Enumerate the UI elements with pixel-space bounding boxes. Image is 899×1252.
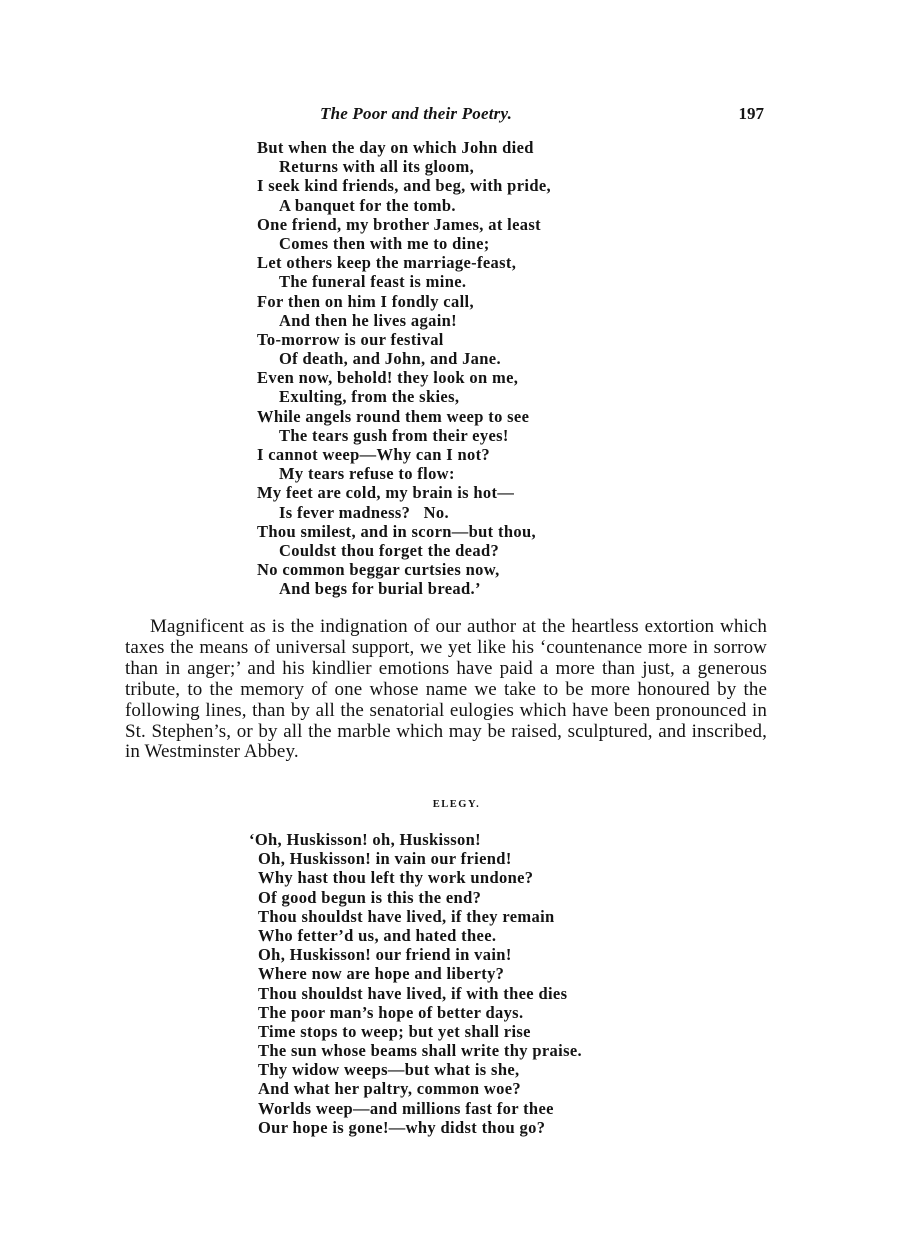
poem-line: No common beggar curtsies now,	[257, 560, 551, 579]
elegy-line: Thou shouldst have lived, if with thee d…	[258, 984, 582, 1003]
poem-line: A banquet for the tomb.	[257, 196, 551, 215]
elegy-line: Who fetter’d us, and hated thee.	[258, 926, 582, 945]
poem-line: Of death, and John, and Jane.	[257, 349, 551, 368]
elegy-line: Oh, Huskisson! our friend in vain!	[258, 945, 582, 964]
poem-line: Couldst thou forget the dead?	[257, 541, 551, 560]
poem-line: And then he lives again!	[257, 311, 551, 330]
elegy-line: Thou shouldst have lived, if they remain	[258, 907, 582, 926]
running-title: The Poor and their Poetry.	[320, 104, 512, 124]
poem-line: To-morrow is our festival	[257, 330, 551, 349]
elegy-line: Thy widow weeps—but what is she,	[258, 1060, 582, 1079]
elegy-line: Our hope is gone!—why didst thou go?	[258, 1118, 582, 1137]
elegy-line: And what her paltry, common woe?	[258, 1079, 582, 1098]
poem-one: But when the day on which John died Retu…	[257, 138, 551, 599]
poem-line: My tears refuse to flow:	[257, 464, 551, 483]
poem-line: While angels round them weep to see	[257, 407, 551, 426]
poem-line: The tears gush from their eyes!	[257, 426, 551, 445]
poem-line: Returns with all its gloom,	[257, 157, 551, 176]
poem-line: Exulting, from the skies,	[257, 387, 551, 406]
running-header: The Poor and their Poetry. 197	[250, 104, 770, 126]
poem-line: I cannot weep—Why can I not?	[257, 445, 551, 464]
poem-line: Comes then with me to dine;	[257, 234, 551, 253]
commentary-paragraph: Magnificent as is the indignation of our…	[125, 617, 767, 763]
elegy-line: Time stops to weep; but yet shall rise	[258, 1022, 582, 1041]
page-number: 197	[739, 104, 765, 124]
poem-line: I seek kind friends, and beg, with pride…	[257, 176, 551, 195]
poem-line: My feet are cold, my brain is hot—	[257, 483, 551, 502]
poem-line: For then on him I fondly call,	[257, 292, 551, 311]
poem-line: But when the day on which John died	[257, 138, 551, 157]
poem-line: Let others keep the marriage-feast,	[257, 253, 551, 272]
elegy-line: Worlds weep—and millions fast for thee	[258, 1099, 582, 1118]
poem-line: Even now, behold! they look on me,	[257, 368, 551, 387]
elegy-line: Where now are hope and liberty?	[258, 964, 582, 983]
elegy-poem: ‘Oh, Huskisson! oh, Huskisson! Oh, Huski…	[258, 830, 582, 1137]
poem-line: And begs for burial bread.’	[257, 579, 551, 598]
elegy-line: Why hast thou left thy work undone?	[258, 868, 582, 887]
elegy-heading: ELEGY.	[0, 799, 899, 810]
elegy-line: The sun whose beams shall write thy prai…	[258, 1041, 582, 1060]
elegy-line: Oh, Huskisson! in vain our friend!	[258, 849, 582, 868]
elegy-line: ‘Oh, Huskisson! oh, Huskisson!	[249, 830, 582, 849]
poem-line: Thou smilest, and in scorn—but thou,	[257, 522, 551, 541]
poem-line: Is fever madness? No.	[257, 503, 551, 522]
elegy-line: The poor man’s hope of better days.	[258, 1003, 582, 1022]
elegy-line: Of good begun is this the end?	[258, 888, 582, 907]
poem-line: One friend, my brother James, at least	[257, 215, 551, 234]
poem-line: The funeral feast is mine.	[257, 272, 551, 291]
